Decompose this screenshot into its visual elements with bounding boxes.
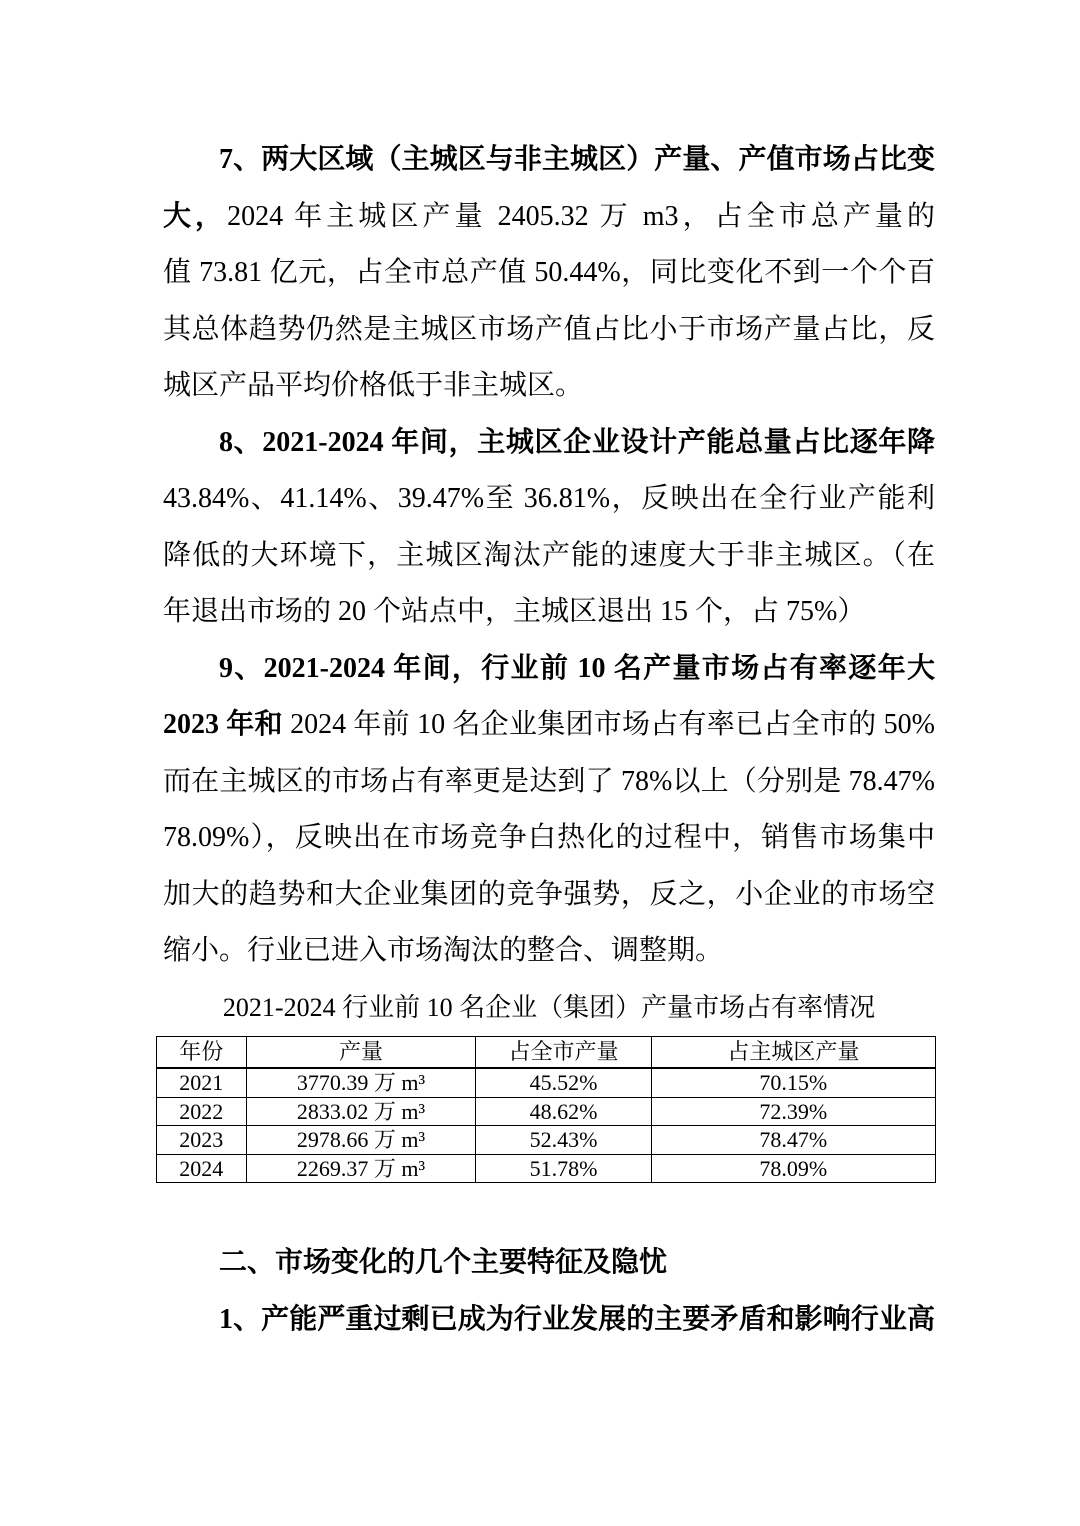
- table-cell: 3770.39 万 m³: [246, 1068, 476, 1097]
- table-header-cell: 占主城区产量: [651, 1037, 935, 1069]
- table-cell: 2833.02 万 m³: [246, 1097, 476, 1126]
- table-cell: 48.62%: [476, 1097, 651, 1126]
- document-content: 7、两大区域（主城区与非主城区）产量、产值市场占比变化不大，2024 年主城区产…: [163, 132, 935, 1348]
- text-run-bold: 9、2021-2024 年间，行业前 10 名产量市场占有率逐年大幅提升，: [163, 653, 935, 698]
- text-run: 缩小。行业已进入市场淘汰的整合、调整期。: [163, 935, 723, 966]
- table-cell: 52.43%: [476, 1126, 651, 1155]
- paragraph-line: 降低的大环境下，主城区淘汰产能的速度大于非主城区。（在 2024: [163, 528, 935, 585]
- table-cell: 78.09%: [651, 1154, 935, 1183]
- text-run: 年退出市场的 20 个站点中，主城区退出 15 个，占 75%）: [163, 596, 865, 627]
- text-run: 78.09%），反映出在市场竞争白热化的过程中，销售市场集中度逐年: [163, 822, 935, 867]
- table-header-cell: 占全市产量: [476, 1037, 651, 1069]
- paragraph-line: 43.84%、41.14%、39.47%至 36.81%，反映出在全行业产能利用…: [163, 471, 935, 528]
- paragraph-line: 而在主城区的市场占有率更是达到了 78%以上（分别是 78.47%和: [163, 754, 935, 811]
- table-header-row: 年份产量占全市产量占主城区产量: [157, 1037, 936, 1069]
- table-row: 20242269.37 万 m³51.78%78.09%: [157, 1154, 936, 1183]
- paragraph-line: 年退出市场的 20 个站点中，主城区退出 15 个，占 75%）: [163, 584, 935, 641]
- text-run: 而在主城区的市场占有率更是达到了 78%以上（分别是 78.47%和: [163, 766, 935, 811]
- text-run: 城区产品平均价格低于非主城区。: [163, 370, 583, 401]
- table-cell: 2269.37 万 m³: [246, 1154, 476, 1183]
- heading-line: 1、产能严重过剩已成为行业发展的主要矛盾和影响行业高质量: [163, 1292, 935, 1349]
- paragraph-line: 7、两大区域（主城区与非主城区）产量、产值市场占比变化不: [163, 132, 935, 189]
- paragraph-line: 78.09%），反映出在市场竞争白热化的过程中，销售市场集中度逐年: [163, 810, 935, 867]
- paragraph-line: 加大的趋势和大企业集团的竞争强势，反之，小企业的市场空间逐年: [163, 867, 935, 924]
- table-title: 2021-2024 行业前 10 名企业（集团）产量市场占有率情况: [163, 980, 935, 1037]
- table-cell: 2022: [157, 1097, 247, 1126]
- text-run: 其总体趋势仍然是主城区市场产值占比小于市场产量占比，反映出主: [163, 314, 935, 359]
- table-row: 20222833.02 万 m³48.62%72.39%: [157, 1097, 936, 1126]
- table-cell: 2023: [157, 1126, 247, 1155]
- table-row: 20232978.66 万 m³52.43%78.47%: [157, 1126, 936, 1155]
- text-run: 43.84%、41.14%、39.47%至 36.81%，反映出在全行业产能利用…: [163, 483, 935, 528]
- paragraph-line: 值 73.81 亿元，占全市总产值 50.44%，同比变化不到一个个百分点，: [163, 245, 935, 302]
- paragraph-line: 2023 年和 2024 年前 10 名企业集团市场占有率已占全市的 50%以上…: [163, 697, 935, 754]
- text-run-bold: 7、两大区域（主城区与非主城区）产量、产值市场占比变化不: [163, 144, 935, 189]
- text-run-bold: 大，: [163, 201, 227, 232]
- table-row: 20213770.39 万 m³45.52%70.15%: [157, 1068, 936, 1097]
- text-run-bold: 8、2021-2024 年间，主城区企业设计产能总量占比逐年降低，: [163, 427, 935, 472]
- document-page: 7、两大区域（主城区与非主城区）产量、产值市场占比变化不大，2024 年主城区产…: [0, 0, 1080, 1526]
- text-run: 降低的大环境下，主城区淘汰产能的速度大于非主城区。（在 2024: [163, 540, 935, 585]
- table-cell: 2024: [157, 1154, 247, 1183]
- paragraph-line: 9、2021-2024 年间，行业前 10 名产量市场占有率逐年大幅提升，: [163, 641, 935, 698]
- text-run: 2024 年主城区产量 2405.32 万 m3，占全市总产量的 54.89%、…: [163, 201, 935, 246]
- text-run: 加大的趋势和大企业集团的竞争强势，反之，小企业的市场空间逐年: [163, 879, 935, 924]
- paragraph-line: 其总体趋势仍然是主城区市场产值占比小于市场产量占比，反映出主: [163, 302, 935, 359]
- table-cell: 45.52%: [476, 1068, 651, 1097]
- section-headings: 二、市场变化的几个主要特征及隐忧1、产能严重过剩已成为行业发展的主要矛盾和影响行…: [163, 1235, 935, 1348]
- text-run: 值 73.81 亿元，占全市总产值 50.44%，同比变化不到一个个百分点，: [163, 257, 935, 302]
- table-cell: 78.47%: [651, 1126, 935, 1155]
- body-paragraphs: 7、两大区域（主城区与非主城区）产量、产值市场占比变化不大，2024 年主城区产…: [163, 132, 935, 980]
- table-cell: 70.15%: [651, 1068, 935, 1097]
- market-share-table: 年份产量占全市产量占主城区产量 20213770.39 万 m³45.52%70…: [156, 1036, 936, 1183]
- table-header-cell: 年份: [157, 1037, 247, 1069]
- text-run-bold: 2023 年和: [163, 709, 283, 740]
- text-run-bold: 1、产能严重过剩已成为行业发展的主要矛盾和影响行业高质量: [163, 1304, 935, 1349]
- table-body: 20213770.39 万 m³45.52%70.15%20222833.02 …: [157, 1068, 936, 1183]
- paragraph-line: 城区产品平均价格低于非主城区。: [163, 358, 935, 415]
- paragraph-line: 8、2021-2024 年间，主城区企业设计产能总量占比逐年降低，从: [163, 415, 935, 472]
- table-cell: 51.78%: [476, 1154, 651, 1183]
- heading-line: 二、市场变化的几个主要特征及隐忧: [163, 1235, 935, 1292]
- table-cell: 72.39%: [651, 1097, 935, 1126]
- text-run-bold: 二、市场变化的几个主要特征及隐忧: [219, 1247, 667, 1278]
- table-header-cell: 产量: [246, 1037, 476, 1069]
- table-cell: 2978.66 万 m³: [246, 1126, 476, 1155]
- paragraph-line: 缩小。行业已进入市场淘汰的整合、调整期。: [163, 923, 935, 980]
- table-cell: 2021: [157, 1068, 247, 1097]
- paragraph-line: 大，2024 年主城区产量 2405.32 万 m3，占全市总产量的 54.89…: [163, 189, 935, 246]
